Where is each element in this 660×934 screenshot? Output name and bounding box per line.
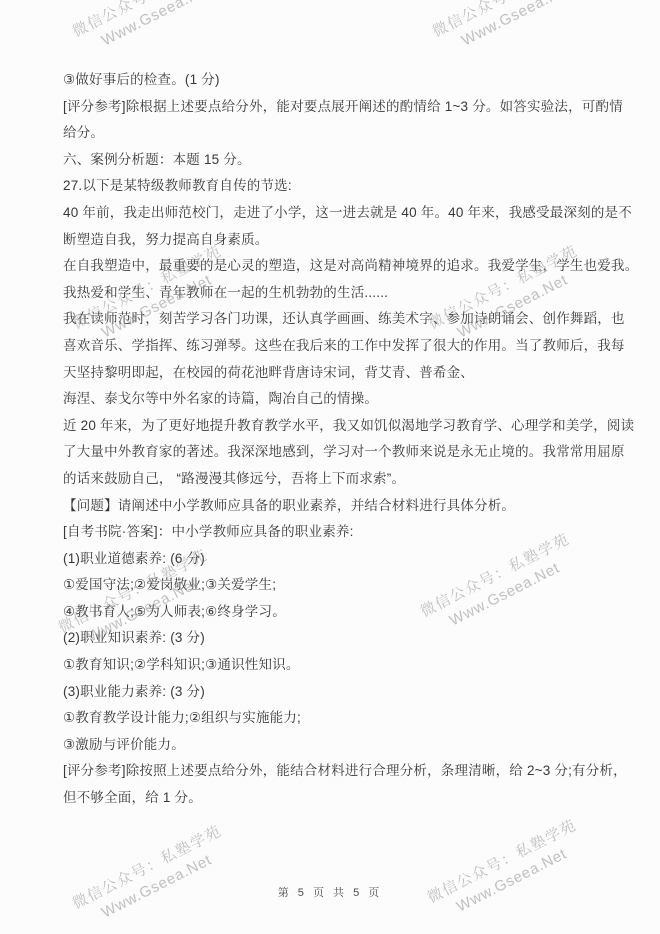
text-line: 海涅、泰戈尔等中外名家的诗篇，陶冶自己的情操。 [63,386,650,413]
document-page: ③做好事后的检查。(1 分) [评分参考]除根据上述要点给分外，能对要点展开阐述… [0,0,660,934]
text-line: 在自我塑造中，最重要的是心灵的塑造，这是对高尚精神境界的追求。我爱学生，学生也爱… [63,253,650,280]
watermark-wechat-text: 微信公众号：私塾学苑 [64,818,230,917]
text-line: 40 年前，我走出师范校门，走进了小学，这一进去就是 40 年。40 年来，我感… [63,200,650,227]
text-line: 六、案例分析题：本题 15 分。 [63,147,650,174]
watermark-url-text: Www.Gseea.Net [434,0,600,64]
text-line: 但不够全面，给 1 分。 [63,785,650,812]
text-line: 了大量中外教育家的著述。我深深地感到，学习对一个教师来说是永无止境的。我常常用屈… [63,439,650,466]
text-line: 给分。 [63,120,650,147]
text-line: 【问题】请阐述中小学教师应具备的职业素养，并结合材料进行具体分析。 [63,493,650,520]
watermark-url-text: Www.Gseea.Net [74,0,240,64]
text-line: 我热爱和学生、青年教师在一起的生机勃勃的生活...... [63,280,650,307]
watermark: 微信公众号：私塾学苑 Www.Gseea.Net [419,812,595,929]
text-line: 我在读师范时，刻苦学习各门功课，还认真学画画、练美术字、参加诗朗诵会、创作舞蹈，… [63,306,650,333]
text-line: ③激励与评价能力。 [63,732,650,759]
text-line: ①爱国守法;②爱岗敬业;③关爱学生; [63,572,650,599]
text-line: 的话来鼓励自己， “路漫漫其修远兮，吾将上下而求索”。 [63,466,650,493]
text-line: (3)职业能力素养: (3 分) [63,679,650,706]
text-line: ①教育教学设计能力;②组织与实施能力; [63,705,650,732]
text-line: ③做好事后的检查。(1 分) [63,67,650,94]
watermark-url-text: Www.Gseea.Net [429,831,595,930]
page-number: 第 5 页 共 5 页 [0,884,660,900]
watermark: 微信公众号：私塾学苑 Www.Gseea.Net [424,0,600,64]
text-line: 天坚持黎明即起，在校园的荷花池畔背唐诗宋词，背艾青、普希金、 [63,360,650,387]
text-line: [评分参考]除根据上述要点给分外，能对要点展开阐述的酌情给 1~3 分。如答实验… [63,94,650,121]
document-body: ③做好事后的检查。(1 分) [评分参考]除根据上述要点给分外，能对要点展开阐述… [63,67,650,812]
text-line: 断塑造自我，努力提高自身素质。 [63,227,650,254]
watermark-wechat-text: 微信公众号：私塾学苑 [64,0,230,45]
text-line: [自考书院·答案]：中小学教师应具备的职业素养: [63,519,650,546]
text-line: 近 20 年来，为了更好地提升教育教学水平，我又如饥似渴地学习教育学、心理学和美… [63,413,650,440]
text-line: (1)职业道德素养: (6 分) [63,546,650,573]
text-line: 喜欢音乐、学指挥、练习弹琴。这些在我后来的工作中发挥了很大的作用。当了教师后，我… [63,333,650,360]
text-line: (2)职业知识素养: (3 分) [63,625,650,652]
text-line: ①教育知识;②学科知识;③通识性知识。 [63,652,650,679]
watermark-wechat-text: 微信公众号：私塾学苑 [424,0,590,45]
text-line: ④教书育人;⑤为人师表;⑥终身学习。 [63,599,650,626]
watermark: 微信公众号：私塾学苑 Www.Gseea.Net [64,0,240,64]
watermark: 微信公众号：私塾学苑 Www.Gseea.Net [64,818,240,934]
text-line: [评分参考]除按照上述要点给分外，能结合材料进行合理分析，条理清晰，给 2~3 … [63,758,650,785]
text-line: 27.以下是某特级教师教育自传的节选: [63,173,650,200]
